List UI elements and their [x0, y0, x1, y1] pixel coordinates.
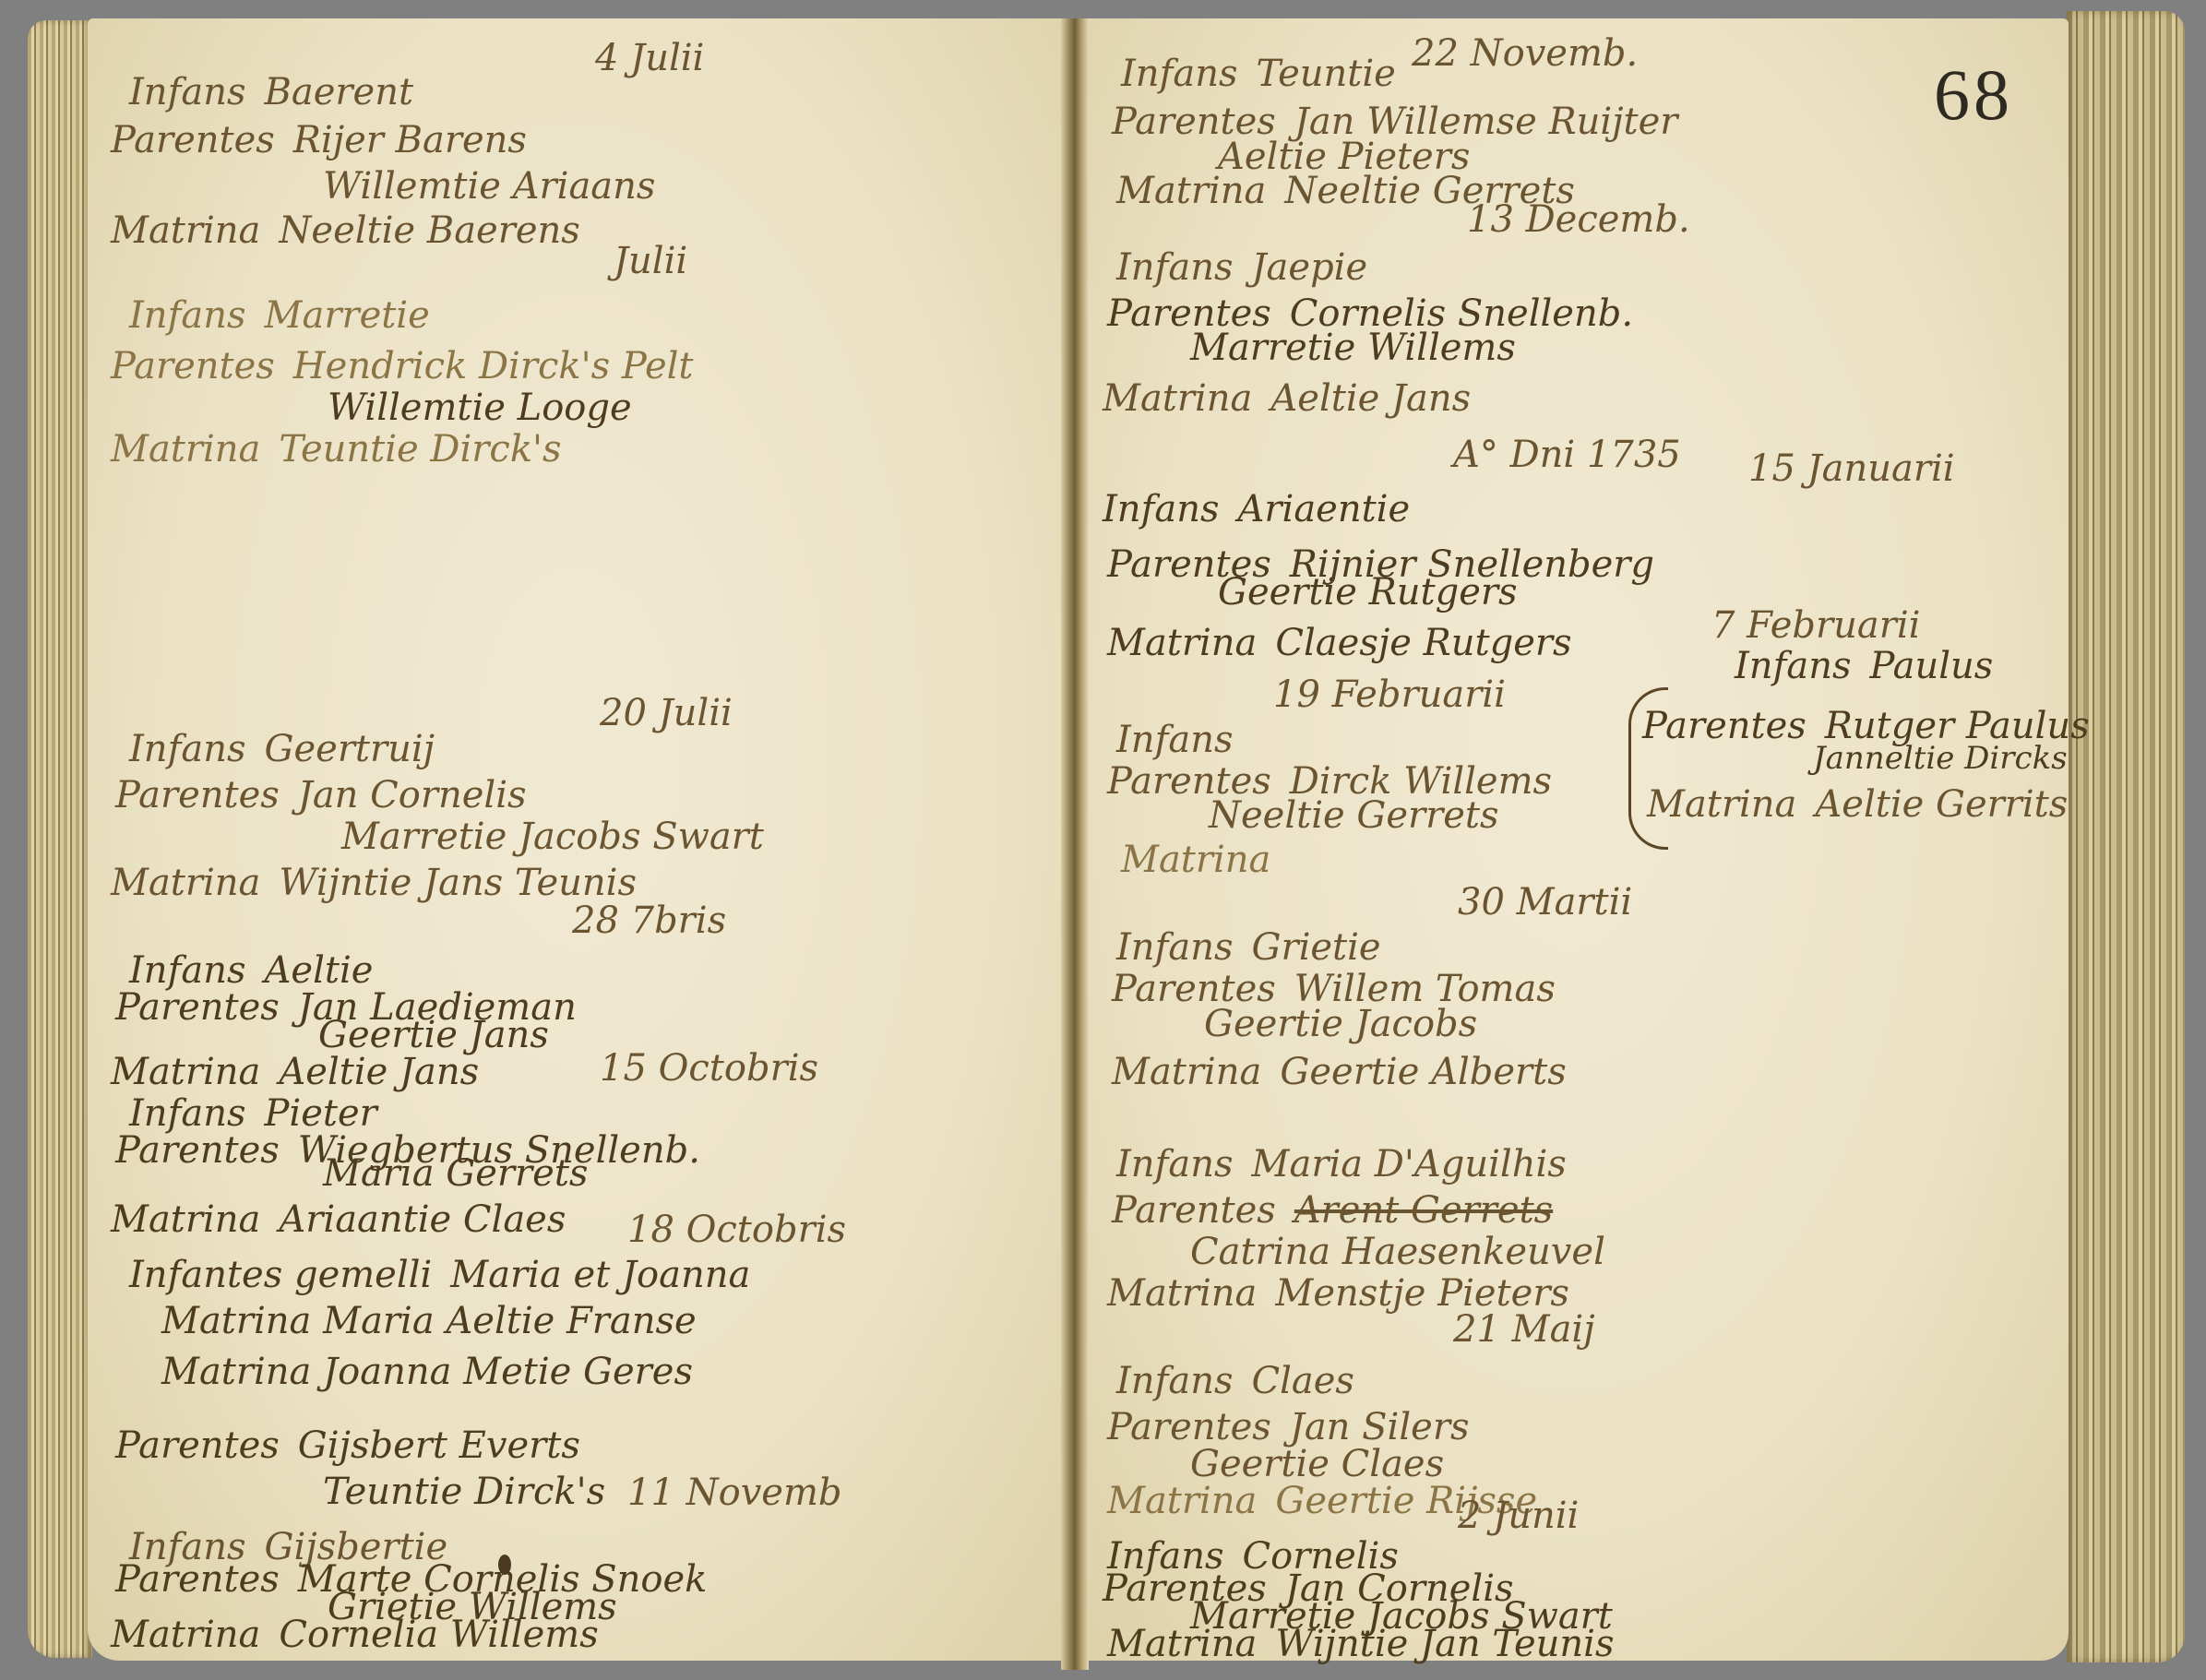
entry-date: Julii: [614, 240, 687, 282]
matrina-line: MatrinaWijntie Jan Teunis: [1107, 1624, 1614, 1664]
parentes-line: ParentesHendrick Dirck's Pelt: [111, 346, 694, 387]
right-page-edges: [2067, 11, 2185, 1662]
matrina-label: Matrina: [111, 1051, 260, 1093]
infans-line: InfansGeertruij: [129, 729, 435, 769]
matrina-label: Matrina: [1112, 1051, 1261, 1093]
parentes-line: ParentesRijer Barens: [111, 120, 527, 161]
parentes-line: ParentesGijsbert Everts: [115, 1425, 580, 1466]
matrina-line: MatrinaAeltie Jans: [1103, 378, 1471, 419]
parent-mother: Neeltie Gerrets: [1209, 795, 1499, 836]
matrina-label: Matrina: [111, 1198, 260, 1241]
open-book: 68 4 Julii InfansBaerent ParentesRijer B…: [0, 0, 2206, 1680]
infans-label: Infans: [1103, 488, 1220, 530]
matrina-line: MatrinaAriaantie Claes: [111, 1199, 566, 1240]
parent-mother: Marretie Jacobs Swart: [341, 816, 764, 857]
infans-label: Infans: [1116, 1360, 1234, 1402]
infans-line: InfansBaerent: [129, 72, 413, 113]
infans-name: Baerent: [265, 71, 414, 113]
matrina-label: Matrina: [1107, 1272, 1257, 1315]
parent-mother: Willemtie Looge: [328, 387, 632, 428]
parentes-label: Parentes: [1112, 1189, 1276, 1232]
matrina-name: Ariaantie Claes: [279, 1198, 566, 1241]
entry-date: 11 Novemb: [627, 1471, 842, 1514]
matrina-name: Aeltie Gerrits: [1815, 783, 2068, 826]
matrina-label: Matrina: [1121, 839, 1270, 881]
entry-date: 22 Novemb.: [1412, 32, 1638, 75]
entry-date: 18 Octobris: [627, 1209, 846, 1251]
parent-father: Jan Cornelis: [298, 774, 527, 816]
infans-name: Claes: [1252, 1360, 1354, 1402]
infans-label: Infans: [1116, 719, 1234, 761]
matrina-label: Matrina: [1107, 622, 1257, 664]
matrina-label: Matrina: [1103, 377, 1252, 420]
infans-name: Ariaentie: [1238, 488, 1411, 530]
matrina-line: Matrina Maria Aeltie Franse: [161, 1301, 697, 1341]
infans-line: InfansTeuntie: [1121, 54, 1396, 94]
matrina-label: Matrina: [111, 862, 260, 904]
infans-label: Infans: [1116, 246, 1234, 289]
entry-bracket: [1628, 687, 1668, 850]
parentes-line: ParentesJan Silers: [1107, 1407, 1469, 1448]
matrina-name: Wijntie Jan Teunis: [1275, 1623, 1614, 1665]
infans-label: Infans: [129, 728, 246, 770]
infans-line: InfansAeltie: [129, 950, 373, 991]
matrina-label: Matrina: [111, 209, 260, 252]
matrina-line: MatrinaGeertie Alberts: [1112, 1052, 1567, 1092]
parent-father: Gijsbert Everts: [298, 1424, 580, 1467]
infans-name: Paulus: [1870, 645, 1994, 687]
infans-line: InfansPaulus: [1735, 646, 1993, 686]
parent-mother: Marretie Willems: [1190, 328, 1516, 368]
matrina-name: Cornelia Willems: [279, 1614, 598, 1656]
matrina-name: Aeltie Jans: [279, 1051, 479, 1093]
year-heading: A° Dni 1735: [1453, 434, 1681, 476]
entry-date: 21 Maij: [1453, 1308, 1595, 1351]
parent-mother: Geertie Rutgers: [1218, 572, 1518, 613]
matrina-label: Matrina: [111, 428, 260, 471]
parentes-label: Parentes: [111, 119, 275, 161]
matrina-label: Matrina: [1107, 1480, 1257, 1522]
matrina-line: Matrina Joanna Metie Geres: [161, 1352, 693, 1392]
parent-father: Hendrick Dirck's Pelt: [293, 345, 694, 387]
infans-line: InfansGrietie: [1116, 927, 1381, 968]
matrina-line: MatrinaCornelia Willems: [111, 1614, 599, 1655]
matrina-label: Matrina: [1116, 170, 1266, 212]
infans-name: Marretie: [265, 294, 430, 337]
book-gutter: [1061, 18, 1089, 1670]
infans-line: InfansJaepie: [1116, 247, 1367, 288]
page-number: 68: [1934, 54, 2013, 137]
matrina-label: Matrina: [1647, 783, 1796, 826]
entry-date: 20 Julii: [600, 692, 733, 734]
infans-line: InfansMaria D'Aguilhis: [1116, 1144, 1567, 1185]
infans-name: Geertruij: [265, 728, 435, 770]
matrina-name: Teuntie Dirck's: [279, 428, 561, 471]
matrina-label: Matrina: [1107, 1623, 1257, 1665]
parentes-label: Parentes: [115, 1558, 280, 1601]
entry-date: 15 Octobris: [600, 1047, 818, 1090]
infans-line: InfansMarretie: [129, 295, 430, 336]
entry-date: 2 Junii: [1458, 1495, 1579, 1537]
entry-date: 15 Januarii: [1748, 447, 1955, 490]
matrina-label: Matrina: [111, 1614, 260, 1656]
matrina-line: MatrinaAeltie Gerrits: [1647, 784, 2068, 825]
matrina-line: Matrina: [1121, 840, 1289, 880]
ink-blot: [498, 1555, 511, 1575]
parentes-label: Parentes: [115, 774, 280, 816]
matrina-name: Wijntie Jans Teunis: [279, 862, 637, 904]
parent-father: Rijer Barens: [293, 119, 527, 161]
infans-line: Infans: [1116, 720, 1252, 760]
parentes-line: ParentesJan Cornelis: [115, 775, 527, 816]
matrina-name: Geertie Alberts: [1280, 1051, 1566, 1093]
infantes-label: Infantes gemelli: [129, 1254, 432, 1296]
entry-date: 30 Martii: [1458, 881, 1632, 923]
infans-label: Infans: [1735, 645, 1852, 687]
parent-mother: Geertie Jans: [318, 1015, 549, 1055]
infans-label: Infans: [1116, 1143, 1234, 1186]
matrina-line: MatrinaClaesje Rutgers: [1107, 623, 1572, 663]
entry-date: 28 7bris: [572, 900, 726, 942]
infantes-line: Infantes gemelliMaria et Joanna: [129, 1255, 750, 1295]
infans-label: Infans: [1116, 926, 1234, 969]
parentes-label: Parentes: [115, 1424, 280, 1467]
parent-mother: Willemtie Ariaans: [323, 166, 655, 207]
infans-name: Teuntie: [1257, 53, 1396, 95]
infans-label: Infans: [1121, 53, 1238, 95]
matrina-name: Aeltie Jans: [1270, 377, 1471, 420]
parent-mother: Catrina Haesenkeuvel: [1190, 1232, 1605, 1272]
matrina-name: Claesje Rutgers: [1275, 622, 1571, 664]
entry-date: 19 Februarii: [1273, 673, 1506, 716]
entry-date: 4 Julii: [595, 37, 704, 79]
parentes-line: ParentesArent Gerrets: [1112, 1190, 1553, 1231]
infans-name: Grietie: [1252, 926, 1381, 969]
matrina-line: MatrinaWijntie Jans Teunis: [111, 863, 637, 903]
entry-date: 7 Februarii: [1711, 604, 1920, 647]
parentes-label: Parentes: [115, 1129, 280, 1172]
parent-mother: Geertie Claes: [1190, 1444, 1444, 1484]
infans-name: Jaepie: [1252, 246, 1368, 289]
matrina-name: Neeltie Baerens: [279, 209, 579, 252]
parentes-label: Parentes: [111, 345, 275, 387]
infantes-names: Maria et Joanna: [450, 1254, 750, 1296]
infans-line: InfansPieter: [129, 1093, 377, 1134]
matrina-line: MatrinaNeeltie Baerens: [111, 210, 580, 251]
left-page-edges: [28, 20, 92, 1658]
infans-label: Infans: [129, 294, 246, 337]
parent-mother: Maria Gerrets: [323, 1153, 588, 1194]
infans-label: Infans: [129, 71, 246, 113]
parent-mother: Janneltie Dircks: [1813, 738, 2068, 779]
parent-father: Arent Gerrets: [1294, 1189, 1553, 1232]
matrina-line: MatrinaTeuntie Dirck's: [111, 429, 562, 470]
matrina-line: MatrinaAeltie Jans: [111, 1052, 479, 1092]
parent-mother: Teuntie Dirck's: [323, 1471, 605, 1512]
infans-name: Maria D'Aguilhis: [1252, 1143, 1567, 1186]
parent-mother: Geertie Jacobs: [1204, 1004, 1477, 1044]
entry-date: 13 Decemb.: [1467, 198, 1690, 241]
infans-line: InfansAriaentie: [1103, 489, 1410, 530]
parentes-label: Parentes: [115, 986, 280, 1029]
infans-line: InfansClaes: [1116, 1361, 1354, 1401]
